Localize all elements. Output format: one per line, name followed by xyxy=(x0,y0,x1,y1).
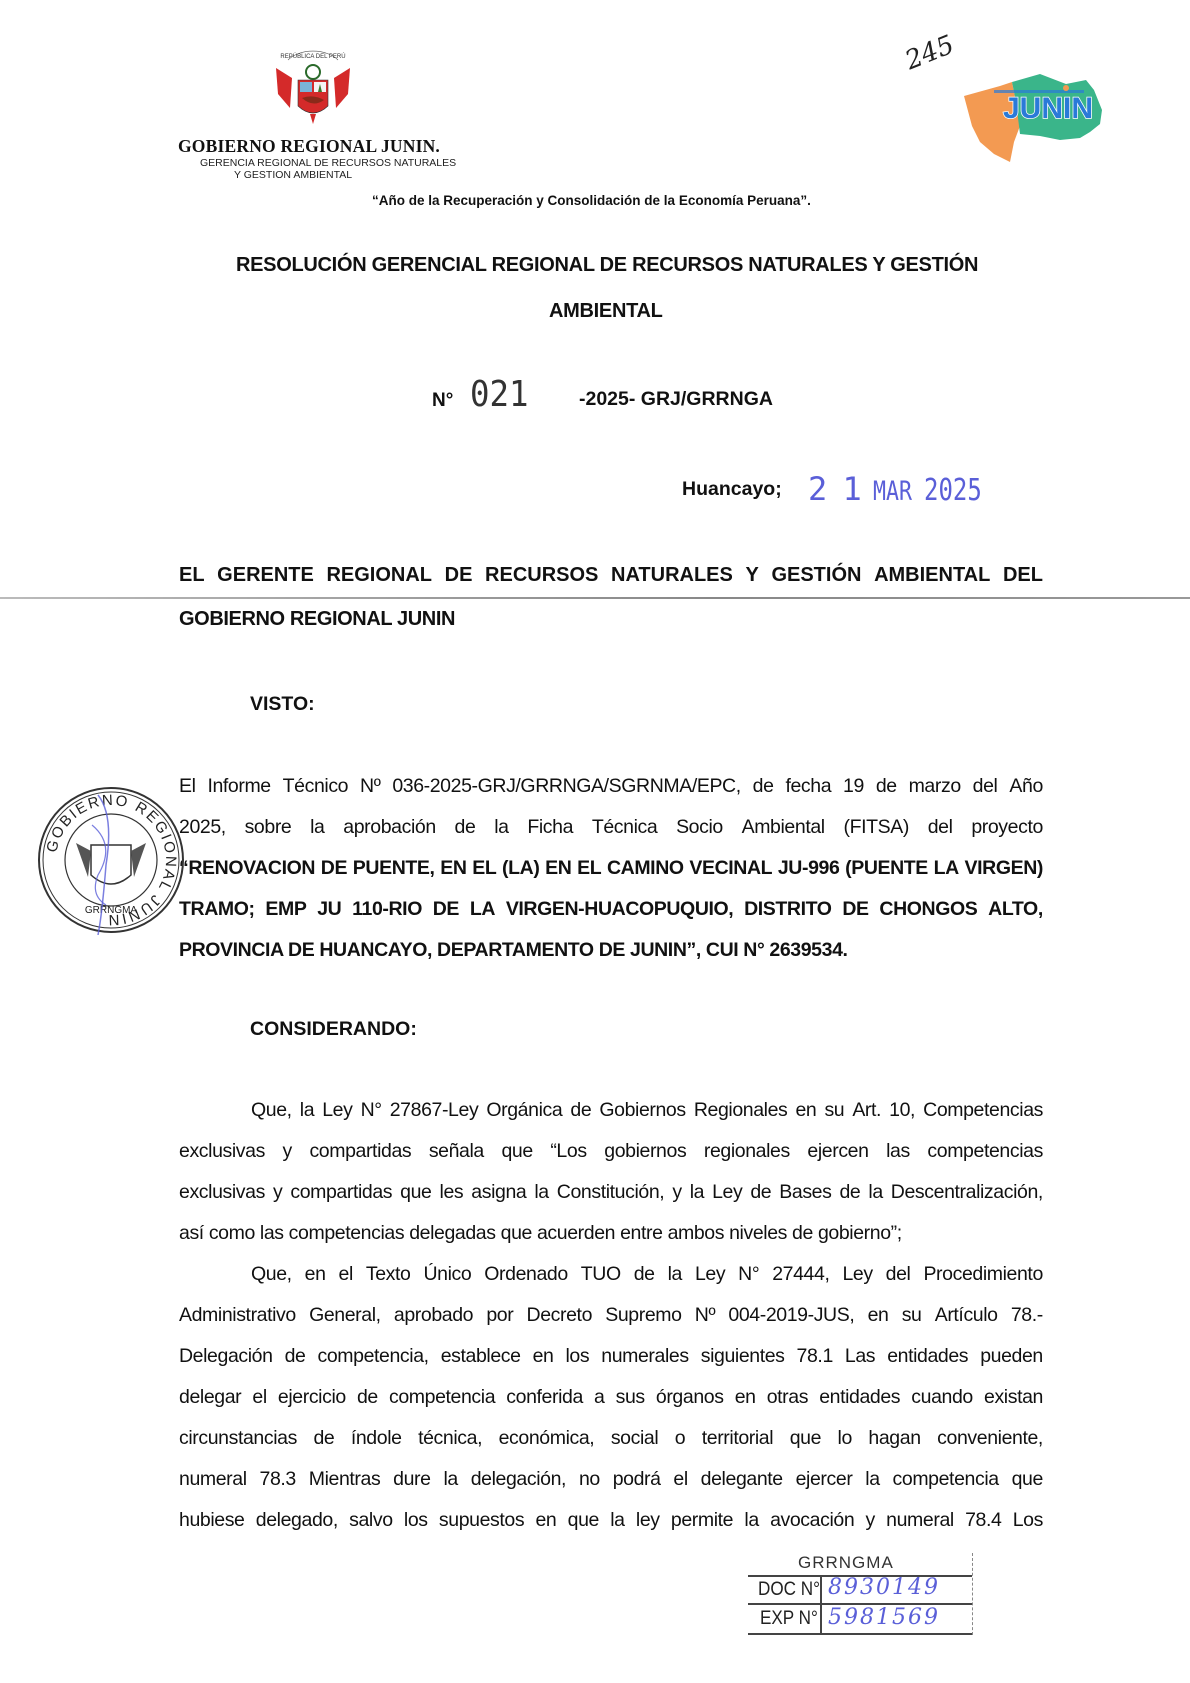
considerando-heading: CONSIDERANDO: xyxy=(250,1018,417,1041)
visto-line: TRAMO;EMPJU110-RIODELAVIRGEN-HUACOPUQUIO… xyxy=(179,889,1043,930)
visto-paragraph: ElInformeTécnicoNº036-2025-GRJ/GRRNGA/SG… xyxy=(179,766,1043,971)
org-subtitle-line1: GERENCIA REGIONAL DE RECURSOS NATURALES xyxy=(200,157,456,169)
paragraph-line: exclusivasycompartidasseñalaque“Losgobie… xyxy=(179,1131,1043,1172)
org-subtitle-line2: Y GESTION AMBIENTAL xyxy=(234,169,352,181)
paragraph-line: Que,enelTextoÚnicoOrdenadoTUOdelaLeyN°27… xyxy=(179,1254,1043,1295)
resolution-title-line1: RESOLUCIÓN GERENCIAL REGIONAL DE RECURSO… xyxy=(236,254,978,277)
year-motto: “Año de la Recuperación y Consolidación … xyxy=(372,193,811,208)
place-label: Huancayo; xyxy=(682,478,782,501)
org-name: GOBIERNO REGIONAL JUNIN. xyxy=(178,136,440,157)
visto-line: 2025,sobrelaaprobacióndelaFichaTécnicaSo… xyxy=(179,807,1043,848)
official-round-seal: GOBIERNO REGIONAL JUNIN GRRNGMA xyxy=(36,785,186,935)
resolution-number-suffix: -2025- GRJ/GRRNGA xyxy=(579,388,773,411)
paragraph-line: Que,laLeyN°27867-LeyOrgánicadeGobiernosR… xyxy=(179,1090,1043,1131)
paragraph-line: AdministrativoGeneral,aprobadoporDecreto… xyxy=(179,1295,1043,1336)
date-month: MAR xyxy=(873,476,912,507)
considerando-paragraph-2: Que,enelTextoÚnicoOrdenadoTUOdelaLeyN°27… xyxy=(179,1254,1043,1541)
date-day: 2 1 xyxy=(808,470,860,508)
resolution-number-prefix: N° xyxy=(432,390,453,412)
exp-number-value: 5981569 xyxy=(828,1605,940,1630)
doc-number-value: 8930149 xyxy=(828,1575,940,1600)
registry-stamp: GRRNGMA DOC N° 8930149 EXP N° 5981569 xyxy=(748,1553,973,1635)
paragraph-line: hubiesedelegado,salvolossupuestosenquela… xyxy=(179,1500,1043,1541)
date-year: 2025 xyxy=(924,473,982,508)
paragraph-line: numeral78.3Mientrasdureladelegación,nopo… xyxy=(179,1459,1043,1500)
svg-text:REPÚBLICA DEL PERÚ: REPÚBLICA DEL PERÚ xyxy=(280,53,345,60)
doc-number-label: DOC N° xyxy=(758,1579,820,1601)
considerando-paragraph-1: Que,laLeyN°27867-LeyOrgánicadeGobiernosR… xyxy=(179,1090,1043,1254)
paragraph-line: así como las competencias delegadas que … xyxy=(179,1213,1043,1254)
registry-stamp-title: GRRNGMA xyxy=(798,1553,894,1573)
paragraph-line: exclusivasycompartidasquelesasignalaCons… xyxy=(179,1172,1043,1213)
authority-line1: EL GERENTE REGIONAL DE RECURSOS NATURALE… xyxy=(179,564,1043,587)
visto-heading: VISTO: xyxy=(250,693,315,716)
authority-line2: GOBIERNO REGIONAL JUNIN xyxy=(179,608,455,631)
peru-coat-of-arms: REPÚBLICA DEL PERÚ xyxy=(268,48,358,128)
exp-number-label: EXP N° xyxy=(760,1608,818,1630)
scan-fold-line xyxy=(0,597,1190,599)
resolution-number-stamp: 021 xyxy=(470,374,529,415)
handwritten-folio-number: 245 xyxy=(901,30,958,76)
paragraph-line: circunstanciasdeíndoletécnica,económica,… xyxy=(179,1418,1043,1459)
visto-line: “RENOVACIONDEPUENTE,ENEL(LA)ENELCAMINOVE… xyxy=(179,848,1043,889)
visto-line: ElInformeTécnicoNº036-2025-GRJ/GRRNGA/SG… xyxy=(179,766,1043,807)
paragraph-line: delegarelejerciciodecompetenciaconferida… xyxy=(179,1377,1043,1418)
resolution-title-line2: AMBIENTAL xyxy=(549,300,663,323)
junin-region-logo: JUNIN xyxy=(960,62,1130,167)
svg-text:JUNIN: JUNIN xyxy=(1003,92,1093,125)
svg-text:GRRNGMA: GRRNGMA xyxy=(85,905,138,916)
date-stamp: 2 1 MAR 2025 xyxy=(808,470,996,508)
paragraph-line: Delegacióndecompetencia,estableceenlosnu… xyxy=(179,1336,1043,1377)
visto-line: PROVINCIA DE HUANCAYO, DEPARTAMENTO DE J… xyxy=(179,930,1043,971)
